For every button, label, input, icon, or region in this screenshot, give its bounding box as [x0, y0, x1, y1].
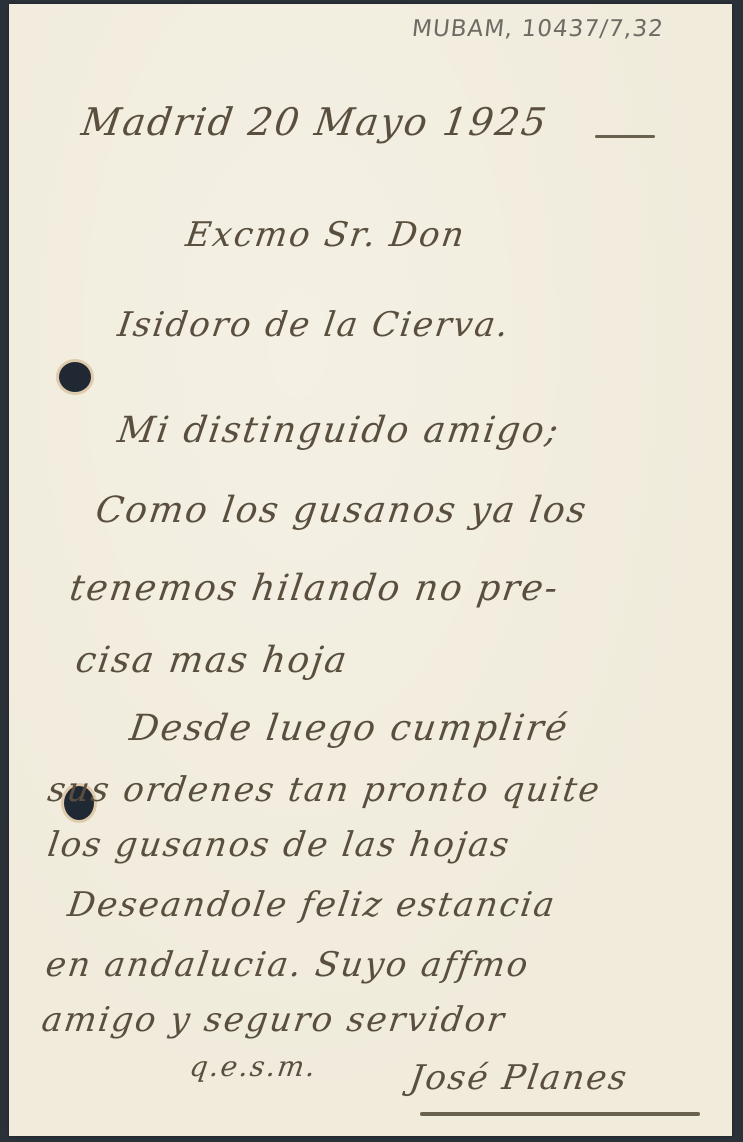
signature: José Planes [407, 1058, 631, 1098]
body-line-9: amigo y seguro servidor [39, 1000, 508, 1040]
greeting: Mi distinguido amigo; [115, 410, 563, 451]
archive-reference: MUBAM, 10437/7,32 [411, 16, 666, 42]
body-line-2: tenemos hilando no pre- [67, 568, 562, 609]
salutation-line-1: Excmo Sr. Don [183, 215, 468, 255]
body-line-8: en andalucia. Suyo affmo [43, 945, 532, 985]
signature-underline [420, 1112, 700, 1116]
body-line-3: cisa mas hoja [73, 640, 351, 681]
place-date: Madrid 20 Mayo 1925 [79, 100, 551, 144]
date-underline [595, 135, 655, 138]
closing-abbreviation: q.e.s.m. [188, 1050, 320, 1083]
salutation-line-2: Isidoro de la Cierva. [115, 305, 512, 345]
body-line-6: los gusanos de las hojas [45, 825, 513, 865]
punch-hole-top [59, 362, 91, 392]
body-line-5: sus ordenes tan pronto quite [45, 770, 603, 810]
body-line-7: Deseandole feliz estancia [65, 885, 559, 925]
body-line-1: Como los gusanos ya los [93, 490, 590, 531]
body-line-4: Desde luego cumpliré [127, 708, 571, 749]
